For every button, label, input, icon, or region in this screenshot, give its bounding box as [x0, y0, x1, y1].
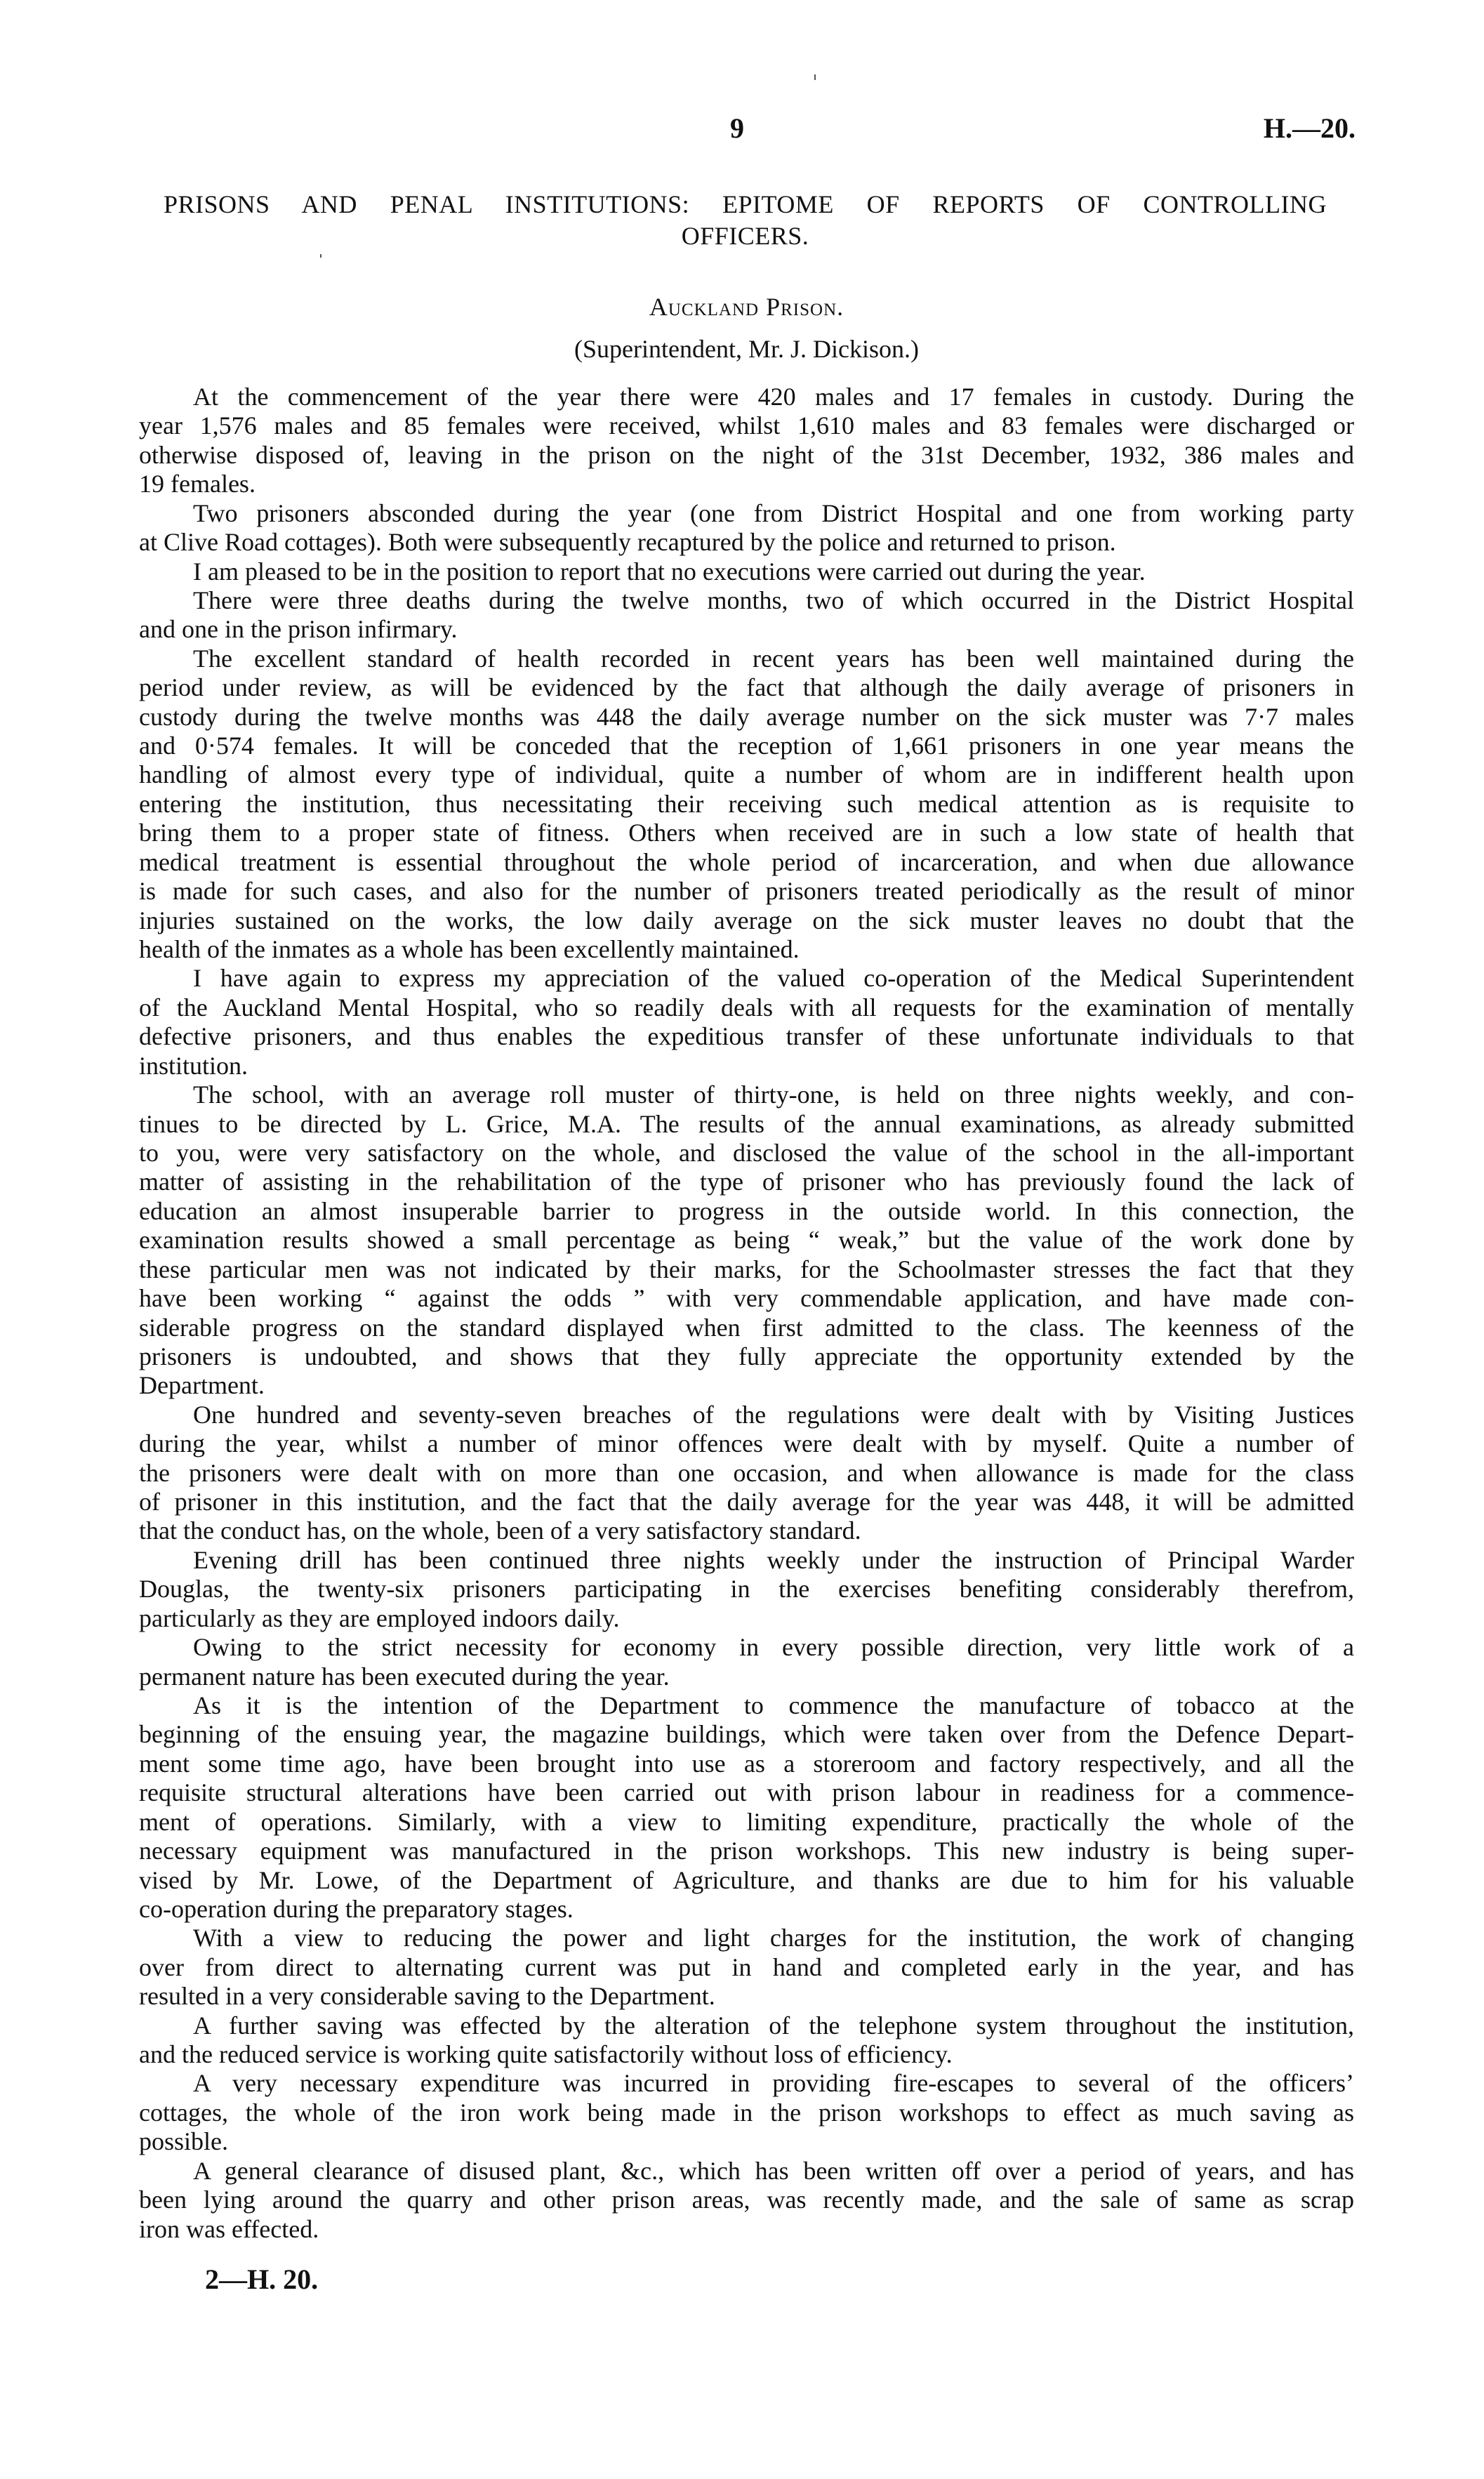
- text-line: requisite structural alterations have be…: [139, 1778, 1354, 1807]
- text-line: 19 females.: [139, 470, 1354, 498]
- paragraph: Owing to the strict necessity for econom…: [139, 1633, 1354, 1691]
- text-line: Two prisoners absconded during the year …: [139, 499, 1354, 528]
- text-line: iron was effected.: [139, 2215, 1354, 2244]
- paragraph: Evening drill has been continued three n…: [139, 1546, 1354, 1633]
- text-line: beginning of the ensuing year, the magaz…: [139, 1720, 1354, 1749]
- text-line: institution.: [139, 1052, 1354, 1080]
- text-line: medical treatment is essential throughou…: [139, 848, 1354, 877]
- text-line: the prisoners were dealt with on more th…: [139, 1459, 1354, 1488]
- text-line: Department.: [139, 1371, 1354, 1400]
- text-line: and one in the prison infirmary.: [139, 615, 1354, 644]
- text-line: examination results showed a small perce…: [139, 1226, 1354, 1255]
- text-line: Douglas, the twenty-six prisoners partic…: [139, 1575, 1354, 1604]
- footer-signature-code: 2—H. 20.: [205, 2263, 318, 2296]
- text-line: custody during the twelve months was 448…: [139, 703, 1354, 732]
- text-line: bring them to a proper state of fitness.…: [139, 819, 1354, 847]
- text-line: necessary equipment was manufactured in …: [139, 1837, 1354, 1865]
- text-line: vised by Mr. Lowe, of the Department of …: [139, 1866, 1354, 1895]
- paragraph: A very necessary expenditure was incurre…: [139, 2069, 1354, 2156]
- paragraph: I am pleased to be in the position to re…: [139, 557, 1354, 586]
- scan-mark: [814, 74, 816, 80]
- text-line: tinues to be directed by L. Grice, M.A. …: [139, 1110, 1354, 1139]
- text-line: and the reduced service is working quite…: [139, 2040, 1354, 2069]
- text-line: of the Auckland Mental Hospital, who so …: [139, 993, 1354, 1022]
- text-line: possible.: [139, 2127, 1354, 2156]
- text-line: There were three deaths during the twelv…: [139, 586, 1354, 615]
- document-page: 9 H.—20. PRISONS AND PENAL INSTITUTIONS:…: [0, 0, 1484, 2479]
- text-line: cottages, the whole of the iron work bei…: [139, 2098, 1354, 2127]
- page-title-line-2: OFFICERS.: [164, 220, 1327, 252]
- text-line: matter of assisting in the rehabilitatio…: [139, 1168, 1354, 1196]
- text-line: resulted in a very considerable saving t…: [139, 1982, 1354, 2011]
- scan-mark: [320, 254, 322, 258]
- text-line: have been working “ against the odds ” w…: [139, 1284, 1354, 1313]
- paragraph: At the commencement of the year there we…: [139, 383, 1354, 499]
- paragraph: A further saving was effected by the alt…: [139, 2011, 1354, 2070]
- paragraph: I have again to express my appreciation …: [139, 964, 1354, 1080]
- text-line: handling of almost every type of individ…: [139, 760, 1354, 789]
- text-line: With a view to reducing the power and li…: [139, 1924, 1354, 1952]
- document-code: H.—20.: [1193, 112, 1356, 145]
- text-line: year 1,576 males and 85 females were rec…: [139, 411, 1354, 440]
- text-line: these particular men was not indicated b…: [139, 1255, 1354, 1284]
- paragraph: The school, with an average roll muster …: [139, 1080, 1354, 1401]
- text-line: particularly as they are employed indoor…: [139, 1604, 1354, 1633]
- text-line: co-operation during the preparatory stag…: [139, 1895, 1354, 1924]
- text-line: A very necessary expenditure was incurre…: [139, 2069, 1354, 2098]
- text-line: ment some time ago, have been brought in…: [139, 1750, 1354, 1778]
- text-line: permanent nature has been executed durin…: [139, 1662, 1354, 1691]
- paragraph: Two prisoners absconded during the year …: [139, 499, 1354, 557]
- paragraph: As it is the intention of the Department…: [139, 1691, 1354, 1924]
- text-line: A further saving was effected by the alt…: [139, 2011, 1354, 2040]
- paragraph: The excellent standard of health recorde…: [139, 644, 1354, 965]
- text-line: been lying around the quarry and other p…: [139, 2186, 1354, 2214]
- text-line: One hundred and seventy-seven breaches o…: [139, 1401, 1354, 1429]
- text-line: otherwise disposed of, leaving in the pr…: [139, 441, 1354, 470]
- section-heading: Auckland Prison.: [139, 291, 1354, 323]
- text-line: at Clive Road cottages). Both were subse…: [139, 528, 1354, 557]
- text-line: Owing to the strict necessity for econom…: [139, 1633, 1354, 1662]
- text-line: prisoners is undoubted, and shows that t…: [139, 1342, 1354, 1371]
- text-line: As it is the intention of the Department…: [139, 1691, 1354, 1720]
- text-line: period under review, as will be evidence…: [139, 673, 1354, 702]
- text-line: of prisoner in this institution, and the…: [139, 1488, 1354, 1516]
- page-number: 9: [702, 112, 772, 145]
- text-line: during the year, whilst a number of mino…: [139, 1429, 1354, 1458]
- text-line: that the conduct has, on the whole, been…: [139, 1516, 1354, 1545]
- paragraph: A general clearance of disused plant, &c…: [139, 2157, 1354, 2244]
- paragraph: There were three deaths during the twelv…: [139, 586, 1354, 644]
- text-line: I am pleased to be in the position to re…: [139, 557, 1354, 586]
- paragraph: One hundred and seventy-seven breaches o…: [139, 1401, 1354, 1546]
- text-line: defective prisoners, and thus enables th…: [139, 1022, 1354, 1051]
- text-line: I have again to express my appreciation …: [139, 964, 1354, 993]
- paragraph: With a view to reducing the power and li…: [139, 1924, 1354, 2011]
- text-line: injuries sustained on the works, the low…: [139, 906, 1354, 935]
- text-line: health of the inmates as a whole has bee…: [139, 935, 1354, 964]
- section-subheading: (Superintendent, Mr. J. Dickison.): [139, 333, 1354, 365]
- text-line: and 0·574 females. It will be conceded t…: [139, 732, 1354, 760]
- text-line: over from direct to alternating current …: [139, 1953, 1354, 1982]
- text-line: education an almost insuperable barrier …: [139, 1197, 1354, 1226]
- text-line: to you, were very satisfactory on the wh…: [139, 1139, 1354, 1168]
- text-line: siderable progress on the standard displ…: [139, 1314, 1354, 1342]
- page-title-line-1: PRISONS AND PENAL INSTITUTIONS: EPITOME …: [164, 188, 1327, 220]
- text-line: The excellent standard of health recorde…: [139, 644, 1354, 673]
- text-line: is made for such cases, and also for the…: [139, 877, 1354, 906]
- text-line: At the commencement of the year there we…: [139, 383, 1354, 411]
- report-body: At the commencement of the year there we…: [139, 383, 1354, 2244]
- text-line: ment of operations. Similarly, with a vi…: [139, 1808, 1354, 1837]
- text-line: A general clearance of disused plant, &c…: [139, 2157, 1354, 2186]
- text-line: entering the institution, thus necessita…: [139, 790, 1354, 819]
- text-line: The school, with an average roll muster …: [139, 1080, 1354, 1109]
- text-line: Evening drill has been continued three n…: [139, 1546, 1354, 1575]
